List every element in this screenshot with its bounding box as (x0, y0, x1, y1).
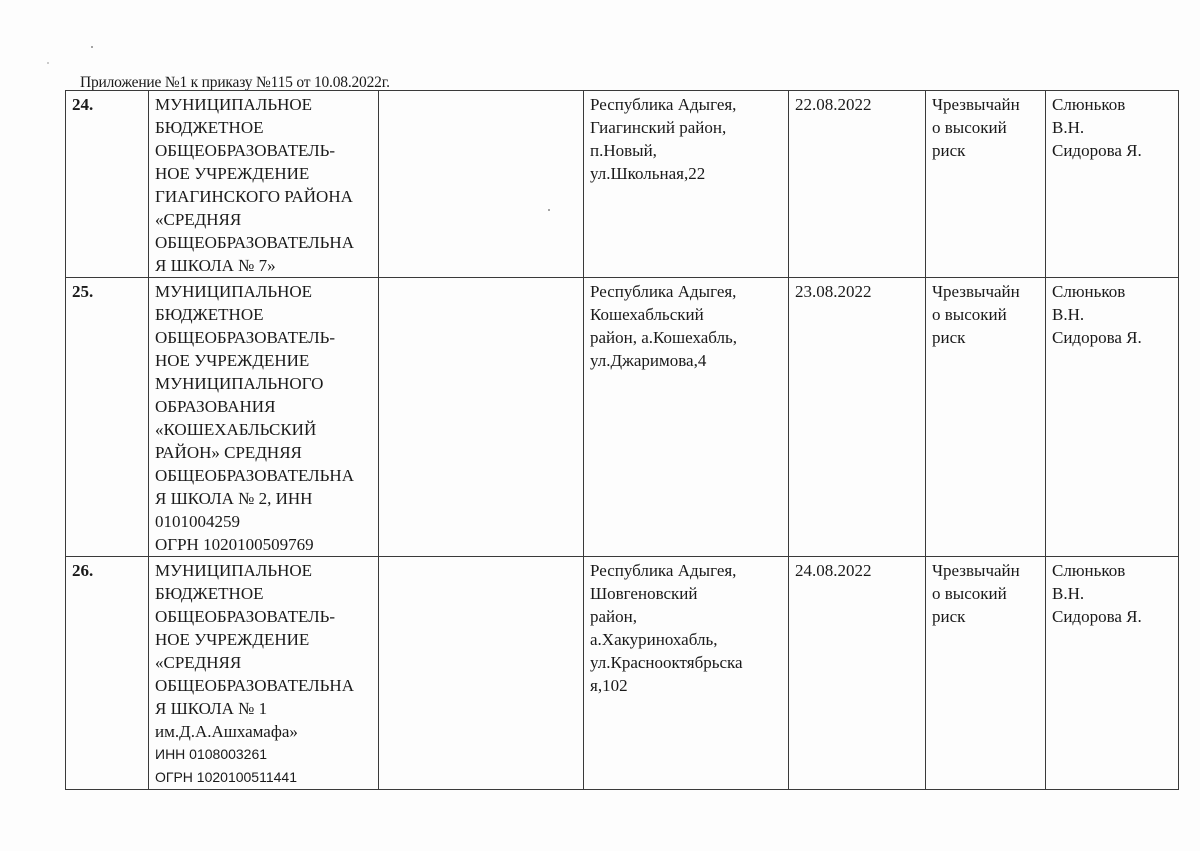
inspector-line: В.Н. (1052, 303, 1172, 326)
organization-line: НОЕ УЧРЕЖДЕНИЕ (155, 349, 372, 372)
address: Республика Адыгея,Гиагинский район,п.Нов… (584, 91, 789, 278)
inspection-date: 22.08.2022 (789, 91, 926, 278)
risk-category: Чрезвычайно высокийриск (926, 91, 1046, 278)
organization-line: «СРЕДНЯЯ (155, 208, 372, 231)
risk-category: Чрезвычайно высокийриск (926, 557, 1046, 790)
organization-line: МУНИЦИПАЛЬНОЕ (155, 280, 372, 303)
empty-cell (379, 557, 584, 790)
organization-line: 0101004259 (155, 510, 372, 533)
risk-line: о высокий (932, 303, 1039, 326)
inspectors: СлюньковВ.Н.Сидорова Я. (1046, 278, 1179, 557)
organization-line: ИНН 0108003261 (155, 743, 372, 766)
inspector-line: Слюньков (1052, 559, 1172, 582)
table-row: 25. МУНИЦИПАЛЬНОЕБЮДЖЕТНОЕОБЩЕОБРАЗОВАТЕ… (66, 278, 1179, 557)
inspector-line: В.Н. (1052, 116, 1172, 139)
organization-line: ОГРН 1020100509769 (155, 533, 372, 556)
inspection-date: 23.08.2022 (789, 278, 926, 557)
organization-line: ОБЩЕОБРАЗОВАТЕЛЬ- (155, 326, 372, 349)
risk-line: риск (932, 326, 1039, 349)
inspection-schedule-table: 24. МУНИЦИПАЛЬНОЕБЮДЖЕТНОЕОБЩЕОБРАЗОВАТЕ… (65, 90, 1179, 790)
scan-speck (47, 62, 49, 64)
organization-line: ОБРАЗОВАНИЯ (155, 395, 372, 418)
address-line: ул.Школьная,22 (590, 162, 782, 185)
risk-line: Чрезвычайн (932, 559, 1039, 582)
organization-line: НОЕ УЧРЕЖДЕНИЕ (155, 628, 372, 651)
organization-line: «СРЕДНЯЯ (155, 651, 372, 674)
organization-name: МУНИЦИПАЛЬНОЕБЮДЖЕТНОЕОБЩЕОБРАЗОВАТЕЛЬ-Н… (149, 91, 379, 278)
organization-line: ОБЩЕОБРАЗОВАТЕЛЬНА (155, 674, 372, 697)
risk-category: Чрезвычайно высокийриск (926, 278, 1046, 557)
organization-line: ГИАГИНСКОГО РАЙОНА (155, 185, 372, 208)
address-line: п.Новый, (590, 139, 782, 162)
organization-line: Я ШКОЛА № 7» (155, 254, 372, 277)
address-line: район, а.Кошехабль, (590, 326, 782, 349)
risk-line: Чрезвычайн (932, 93, 1039, 116)
organization-name: МУНИЦИПАЛЬНОЕБЮДЖЕТНОЕОБЩЕОБРАЗОВАТЕЛЬ-Н… (149, 278, 379, 557)
organization-line: ОБЩЕОБРАЗОВАТЕЛЬНА (155, 464, 372, 487)
inspector-line: Сидорова Я. (1052, 605, 1172, 628)
address-line: я,102 (590, 674, 782, 697)
inspector-line: Сидорова Я. (1052, 326, 1172, 349)
inspector-line: В.Н. (1052, 582, 1172, 605)
inspector-line: Слюньков (1052, 93, 1172, 116)
risk-line: о высокий (932, 582, 1039, 605)
address-line: Республика Адыгея, (590, 559, 782, 582)
inspection-date: 24.08.2022 (789, 557, 926, 790)
address-line: а.Хакуринохабль, (590, 628, 782, 651)
address-line: Шовгеновский (590, 582, 782, 605)
organization-line: БЮДЖЕТНОЕ (155, 582, 372, 605)
organization-line: Я ШКОЛА № 1 (155, 697, 372, 720)
table-row: 26. МУНИЦИПАЛЬНОЕБЮДЖЕТНОЕОБЩЕОБРАЗОВАТЕ… (66, 557, 1179, 790)
risk-line: Чрезвычайн (932, 280, 1039, 303)
row-number: 24. (66, 91, 149, 278)
organization-line: МУНИЦИПАЛЬНОЕ (155, 93, 372, 116)
organization-line: БЮДЖЕТНОЕ (155, 116, 372, 139)
row-number: 26. (66, 557, 149, 790)
risk-line: о высокий (932, 116, 1039, 139)
inspectors: СлюньковВ.Н.Сидорова Я. (1046, 557, 1179, 790)
address-line: Кошехабльский (590, 303, 782, 326)
address-line: Республика Адыгея, (590, 93, 782, 116)
organization-line: БЮДЖЕТНОЕ (155, 303, 372, 326)
empty-cell (379, 278, 584, 557)
organization-line: РАЙОН» СРЕДНЯЯ (155, 441, 372, 464)
organization-line: «КОШЕХАБЛЬСКИЙ (155, 418, 372, 441)
scan-speck (91, 46, 93, 48)
organization-line: ОБЩЕОБРАЗОВАТЕЛЬ- (155, 605, 372, 628)
risk-line: риск (932, 605, 1039, 628)
table-row: 24. МУНИЦИПАЛЬНОЕБЮДЖЕТНОЕОБЩЕОБРАЗОВАТЕ… (66, 91, 1179, 278)
empty-cell (379, 91, 584, 278)
organization-line: ОГРН 1020100511441 (155, 766, 372, 789)
address-line: район, (590, 605, 782, 628)
organization-line: Я ШКОЛА № 2, ИНН (155, 487, 372, 510)
address: Республика Адыгея,Шовгеновскийрайон,а.Ха… (584, 557, 789, 790)
address-line: Гиагинский район, (590, 116, 782, 139)
organization-line: ОБЩЕОБРАЗОВАТЕЛЬ- (155, 139, 372, 162)
risk-line: риск (932, 139, 1039, 162)
organization-line: ОБЩЕОБРАЗОВАТЕЛЬНА (155, 231, 372, 254)
address-line: Республика Адыгея, (590, 280, 782, 303)
address-line: ул.Джаримова,4 (590, 349, 782, 372)
organization-line: им.Д.А.Ашхамафа» (155, 720, 372, 743)
organization-line: МУНИЦИПАЛЬНОГО (155, 372, 372, 395)
row-number: 25. (66, 278, 149, 557)
inspector-line: Сидорова Я. (1052, 139, 1172, 162)
organization-line: НОЕ УЧРЕЖДЕНИЕ (155, 162, 372, 185)
organization-name: МУНИЦИПАЛЬНОЕБЮДЖЕТНОЕОБЩЕОБРАЗОВАТЕЛЬ-Н… (149, 557, 379, 790)
inspector-line: Слюньков (1052, 280, 1172, 303)
address-line: ул.Краснооктябрьска (590, 651, 782, 674)
inspectors: СлюньковВ.Н.Сидорова Я. (1046, 91, 1179, 278)
organization-line: МУНИЦИПАЛЬНОЕ (155, 559, 372, 582)
address: Республика Адыгея,Кошехабльскийрайон, а.… (584, 278, 789, 557)
